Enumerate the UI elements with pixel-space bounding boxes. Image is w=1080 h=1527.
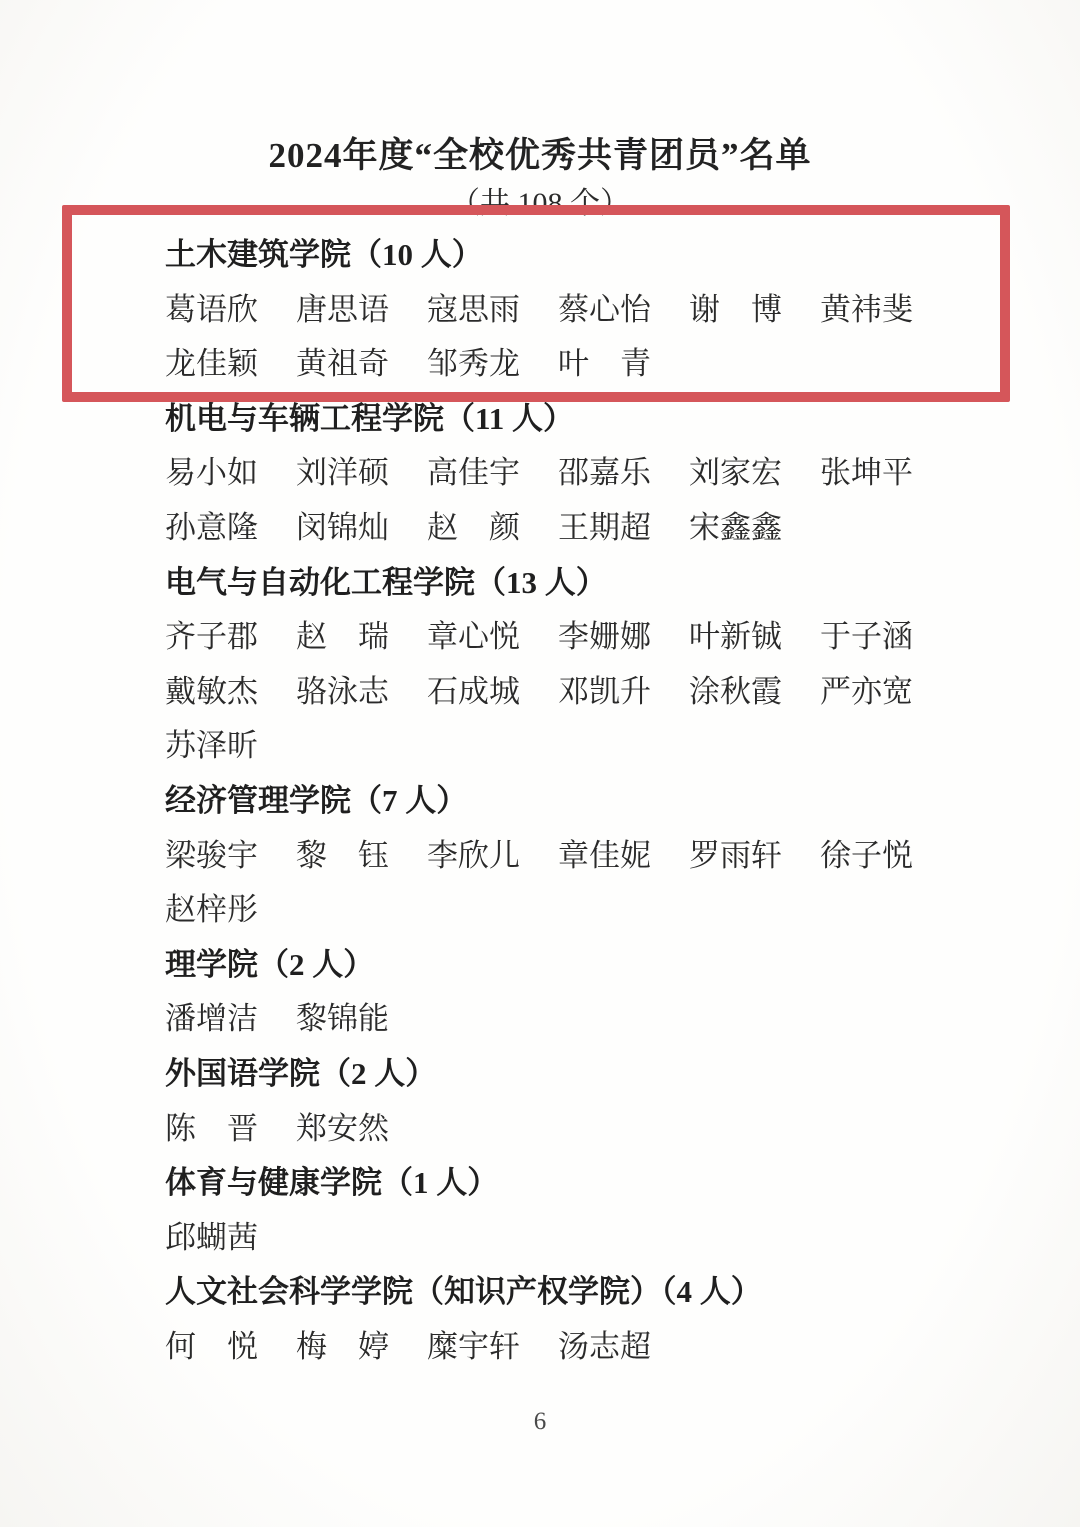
student-name: 黄祖奇 xyxy=(296,337,427,392)
student-name: 严亦宽 xyxy=(820,665,951,720)
student-name: 陈 晋 xyxy=(165,1102,296,1157)
student-name: 黄祎斐 xyxy=(820,283,951,338)
student-name: 葛语欣 xyxy=(165,283,296,338)
student-name: 齐子郡 xyxy=(165,610,296,665)
section-heading: 理学院（2 人） xyxy=(165,938,1025,993)
section: 土木建筑学院（10 人）葛语欣唐思语寇思雨蔡心怡谢 博黄祎斐龙佳颖黄祖奇邹秀龙叶… xyxy=(165,228,1025,392)
name-row: 易小如刘洋硕高佳宇邵嘉乐刘家宏张坤平 xyxy=(165,446,1025,501)
name-row: 葛语欣唐思语寇思雨蔡心怡谢 博黄祎斐 xyxy=(165,283,1025,338)
student-name: 易小如 xyxy=(165,446,296,501)
student-name: 徐子悦 xyxy=(820,829,951,884)
name-row: 潘增洁黎锦能 xyxy=(165,992,1025,1047)
student-name: 叶新铖 xyxy=(689,610,820,665)
section: 电气与自动化工程学院（13 人）齐子郡赵 瑞章心悦李姗娜叶新铖于子涵戴敏杰骆泳志… xyxy=(165,556,1025,774)
student-name: 糜宇轩 xyxy=(427,1320,558,1375)
student-name: 石成城 xyxy=(427,665,558,720)
name-row: 戴敏杰骆泳志石成城邓凯升涂秋霞严亦宽 xyxy=(165,665,1025,720)
name-row: 齐子郡赵 瑞章心悦李姗娜叶新铖于子涵 xyxy=(165,610,1025,665)
student-name: 高佳宇 xyxy=(427,446,558,501)
student-name: 谢 博 xyxy=(689,283,820,338)
section-heading: 土木建筑学院（10 人） xyxy=(165,228,1025,283)
student-name: 苏泽昕 xyxy=(165,719,296,774)
student-name: 闵锦灿 xyxy=(296,501,427,556)
student-name: 于子涵 xyxy=(820,610,951,665)
student-name: 涂秋霞 xyxy=(689,665,820,720)
student-name: 章心悦 xyxy=(427,610,558,665)
section: 经济管理学院（7 人）梁骏宇黎 钰李欣儿章佳妮罗雨轩徐子悦赵梓彤 xyxy=(165,774,1025,938)
student-name: 宋鑫鑫 xyxy=(689,501,820,556)
name-row: 赵梓彤 xyxy=(165,883,1025,938)
section: 外国语学院（2 人）陈 晋郑安然 xyxy=(165,1047,1025,1156)
name-row: 何 悦梅 婷糜宇轩汤志超 xyxy=(165,1320,1025,1375)
student-name: 戴敏杰 xyxy=(165,665,296,720)
student-name: 赵梓彤 xyxy=(165,883,296,938)
student-name: 邹秀龙 xyxy=(427,337,558,392)
student-name: 黎 钰 xyxy=(296,829,427,884)
student-name: 邵嘉乐 xyxy=(558,446,689,501)
student-name: 蔡心怡 xyxy=(558,283,689,338)
student-name: 梅 婷 xyxy=(296,1320,427,1375)
student-name: 孙意隆 xyxy=(165,501,296,556)
student-name: 张坤平 xyxy=(820,446,951,501)
student-name: 邓凯升 xyxy=(558,665,689,720)
name-row: 陈 晋郑安然 xyxy=(165,1102,1025,1157)
student-name: 赵 瑞 xyxy=(296,610,427,665)
student-name: 寇思雨 xyxy=(427,283,558,338)
student-name: 罗雨轩 xyxy=(689,829,820,884)
student-name: 龙佳颖 xyxy=(165,337,296,392)
name-row: 孙意隆闵锦灿赵 颜王期超宋鑫鑫 xyxy=(165,501,1025,556)
name-row: 苏泽昕 xyxy=(165,719,1025,774)
student-name: 汤志超 xyxy=(558,1320,689,1375)
section-heading: 人文社会科学学院（知识产权学院）（4 人） xyxy=(165,1265,1025,1320)
student-name: 王期超 xyxy=(558,501,689,556)
section: 体育与健康学院（1 人）邱蝴茜 xyxy=(165,1156,1025,1265)
section-heading: 外国语学院（2 人） xyxy=(165,1047,1025,1102)
student-name: 赵 颜 xyxy=(427,501,558,556)
student-name: 李欣儿 xyxy=(427,829,558,884)
name-row: 梁骏宇黎 钰李欣儿章佳妮罗雨轩徐子悦 xyxy=(165,829,1025,884)
student-name: 刘洋硕 xyxy=(296,446,427,501)
page-number: 6 xyxy=(0,1408,1080,1436)
section: 理学院（2 人）潘增洁黎锦能 xyxy=(165,938,1025,1047)
student-name: 梁骏宇 xyxy=(165,829,296,884)
section-heading: 经济管理学院（7 人） xyxy=(165,774,1025,829)
document-page: 2024年度“全校优秀共青团员”名单 （共 108 个） 土木建筑学院（10 人… xyxy=(0,0,1080,1527)
section-heading: 机电与车辆工程学院（11 人） xyxy=(165,392,1025,447)
section-heading: 体育与健康学院（1 人） xyxy=(165,1156,1025,1211)
student-name: 郑安然 xyxy=(296,1102,427,1157)
name-row: 邱蝴茜 xyxy=(165,1211,1025,1266)
name-row: 龙佳颖黄祖奇邹秀龙叶 青 xyxy=(165,337,1025,392)
student-name: 何 悦 xyxy=(165,1320,296,1375)
student-name: 李姗娜 xyxy=(558,610,689,665)
student-name: 潘增洁 xyxy=(165,992,296,1047)
student-name: 邱蝴茜 xyxy=(165,1211,296,1266)
student-name: 唐思语 xyxy=(296,283,427,338)
section: 人文社会科学学院（知识产权学院）（4 人）何 悦梅 婷糜宇轩汤志超 xyxy=(165,1265,1025,1374)
page-subtitle: （共 108 个） xyxy=(0,178,1080,222)
roster: 土木建筑学院（10 人）葛语欣唐思语寇思雨蔡心怡谢 博黄祎斐龙佳颖黄祖奇邹秀龙叶… xyxy=(165,228,1025,1374)
section: 机电与车辆工程学院（11 人）易小如刘洋硕高佳宇邵嘉乐刘家宏张坤平孙意隆闵锦灿赵… xyxy=(165,392,1025,556)
student-name: 章佳妮 xyxy=(558,829,689,884)
section-heading: 电气与自动化工程学院（13 人） xyxy=(165,556,1025,611)
student-name: 黎锦能 xyxy=(296,992,427,1047)
student-name: 刘家宏 xyxy=(689,446,820,501)
page-title: 2024年度“全校优秀共青团员”名单 xyxy=(0,128,1080,178)
student-name: 叶 青 xyxy=(558,337,689,392)
student-name: 骆泳志 xyxy=(296,665,427,720)
